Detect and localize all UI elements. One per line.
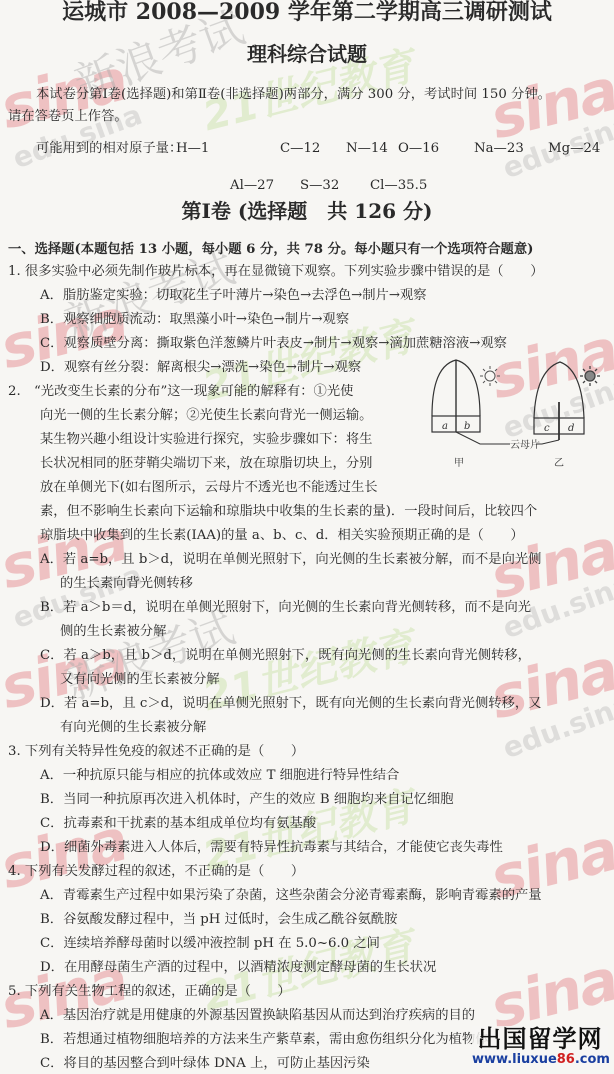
atomic-mass: H—1 bbox=[176, 140, 209, 157]
question-2-option-b: B．若 a＞b＝d，说明在单侧光照射下，向光侧的生长素向背光侧转移，而不是向光 bbox=[40, 599, 531, 616]
exam-content: 运城市 2008—2009 学年第二学期高三调研测试 理科综合试题 本试卷分第Ⅰ… bbox=[0, 0, 614, 1074]
atomic-mass: C—12 bbox=[280, 140, 320, 157]
sun-icon bbox=[480, 366, 500, 386]
liuxue86-logo[interactable]: 出国留学网 www.liuxue86.com bbox=[472, 1026, 608, 1068]
block-d-label: d bbox=[568, 423, 574, 434]
coleoptile-figure: a b c d 云母片 甲 乙 bbox=[418, 356, 608, 486]
question-5-stem: 5. 下列有关生物工程的叙述，正确的是（ ） bbox=[8, 983, 291, 1000]
question-2-stem: 素，但不影响生长素向下运输和琼脂块中收集的生长素的量)．一段时间后，比较四个 bbox=[40, 503, 537, 520]
question-5-option-a: A．基因治疗就是用健康的外源基因置换缺陷基因从而达到治疗疾病的目的 bbox=[40, 1007, 475, 1024]
question-2-option-b-cont: 侧的生长素被分解 bbox=[60, 623, 166, 640]
sun-icon bbox=[580, 366, 600, 386]
question-3-stem: 3. 下列有关特异性免疫的叙述不正确的是（ ） bbox=[8, 743, 304, 760]
exam-page: sina 新浪考试 edu.sina sina edu.sina 21世纪教育 … bbox=[0, 0, 614, 1074]
question-5-option-c: C．将目的基因整合到叶绿体 DNA 上，可防止基因污染 bbox=[40, 1055, 370, 1072]
atomic-mass: S—32 bbox=[300, 177, 339, 194]
atomic-mass: Cl—35.5 bbox=[370, 177, 427, 194]
caption-jia: 甲 bbox=[454, 457, 464, 469]
question-2-stem: 某生物兴趣小组设计实验进行探究，实验步骤如下：将生 bbox=[40, 431, 372, 448]
question-1-option-a: A．脂肪鉴定实验：切取花生子叶薄片→染色→去浮色→制片→观察 bbox=[40, 287, 427, 304]
atomic-mass: O—16 bbox=[398, 140, 439, 157]
logo-url-highlight: 86 bbox=[557, 1052, 575, 1067]
mica-label: 云母片 bbox=[510, 438, 540, 451]
intro-text: 本试卷分第Ⅰ卷(选择题)和第Ⅱ卷(非选择题)两部分，满分 300 分，考试时间 … bbox=[36, 86, 551, 103]
intro-text: 请在答卷页上作答。 bbox=[8, 108, 128, 125]
atomic-masses-label: 可能用到的相对原子量： bbox=[36, 140, 182, 157]
exam-title: 运城市 2008—2009 学年第二学期高三调研测试 bbox=[0, 4, 614, 21]
logo-url[interactable]: www.liuxue86.com bbox=[472, 1052, 608, 1068]
atomic-mass: Mg—24 bbox=[548, 140, 600, 157]
atomic-mass: Na—23 bbox=[474, 140, 524, 157]
question-2-stem: 琼脂块中收集到的生长素(IAA)的量 a、b、c、d．相关实验预期正确的是（ ） bbox=[40, 527, 524, 544]
caption-yi: 乙 bbox=[554, 457, 564, 469]
question-2-option-c: C．若 a＞b，且 b＞d，说明在单侧光照射下，既有向光侧的生长素向背光侧转移， bbox=[40, 647, 531, 664]
question-3-option-b: B．当同一种抗原再次进入机体时，产生的效应 B 细胞均来自记忆细胞 bbox=[40, 791, 454, 808]
question-1-stem: 1. 很多实验中必须先制作玻片标本，再在显微镜下观察。下列实验步骤中错误的是（ … bbox=[8, 263, 544, 280]
question-3-option-c: C．抗毒素和干扰素的基本组成单位均有氨基酸 bbox=[40, 815, 316, 832]
atomic-mass: Al—27 bbox=[230, 177, 274, 194]
section-instruction: 一、选择题(本题包括 13 小题，每小题 6 分，共 78 分。每小题只有一个选… bbox=[8, 241, 533, 258]
logo-url-suffix: .com bbox=[575, 1052, 610, 1067]
question-4-option-c: C．连续培养酵母菌时以缓冲液控制 pH 在 5.0~6.0 之间 bbox=[40, 935, 380, 952]
question-2-option-d-cont: 有向光侧的生长素被分解 bbox=[60, 719, 206, 736]
coleoptile-diagram: a b c d 云母片 甲 乙 bbox=[418, 356, 608, 486]
question-4-option-d: D．在用酵母菌生产酒的过程中，以酒精浓度测定酵母菌的生长状况 bbox=[40, 959, 436, 976]
question-1-option-c: C．观察质壁分离：撕取紫色洋葱鳞片叶表皮→制片→观察→滴加蔗糖溶液→观察 bbox=[40, 335, 507, 352]
question-1-option-b: B．观察细胞质流动：取黑藻小叶→染色→制片→观察 bbox=[40, 311, 349, 328]
atomic-mass: N—14 bbox=[346, 140, 388, 157]
question-2-stem: 向光一侧的生长素分解；②光使生长素向背光一侧运输。 bbox=[40, 407, 372, 424]
question-1-option-d: D．观察有丝分裂：解离根尖→漂洗→染色→制片→观察 bbox=[40, 359, 361, 376]
logo-title: 出国留学网 bbox=[472, 1026, 608, 1052]
block-c-label: c bbox=[544, 423, 550, 434]
question-2-option-a-cont: 的生长素向背光侧转移 bbox=[60, 575, 193, 592]
logo-url-prefix: www.liuxue bbox=[472, 1052, 557, 1067]
question-4-stem: 4. 下列有关发酵过程的叙述，不正确的是（ ） bbox=[8, 863, 304, 880]
question-2-option-c-cont: 又有向光侧的生长素被分解 bbox=[60, 671, 220, 688]
question-4-option-b: B．谷氨酸发酵过程中，当 pH 过低时，会生成乙酰谷氨酰胺 bbox=[40, 911, 397, 928]
question-5-option-b: B．若想通过植物细胞培养的方法来生产紫草素，需由愈伤组织分化为植物体 bbox=[40, 1031, 489, 1048]
question-3-option-a: A．一种抗原只能与相应的抗体或效应 T 细胞进行特异性结合 bbox=[40, 767, 399, 784]
question-2-stem: 2. “光改变生长素的分布”这一现象可能的解释有：①光使 bbox=[8, 383, 353, 400]
block-b-label: b bbox=[464, 421, 470, 432]
section-title: 第Ⅰ卷 (选择题 共 126 分) bbox=[0, 203, 614, 220]
question-3-option-d: D．细菌外毒素进入人体后，需要有特异性抗毒素与其结合，才能使它丧失毒性 bbox=[40, 839, 503, 856]
question-2-option-d: D．若 a=b，且 c＞d，说明在单侧光照射下，既有向光侧的生长素向背光侧转移，… bbox=[40, 695, 541, 712]
question-4-option-a: A．青霉素生产过程中如果污染了杂菌，这些杂菌会分泌青霉素酶，影响青霉素的产量 bbox=[40, 887, 542, 904]
question-2-option-a: A．若 a=b，且 b＞d，说明在单侧光照射下，向光侧的生长素被分解，而不是向光… bbox=[40, 551, 541, 568]
exam-subtitle: 理科综合试题 bbox=[0, 46, 614, 63]
question-2-stem: 放在单侧光下(如右图所示，云母片不透光也不能透过生长 bbox=[40, 479, 378, 496]
block-a-label: a bbox=[442, 421, 448, 432]
question-2-stem: 长状况相同的胚芽鞘尖端切下来，放在琼脂切块上，分别 bbox=[40, 455, 372, 472]
